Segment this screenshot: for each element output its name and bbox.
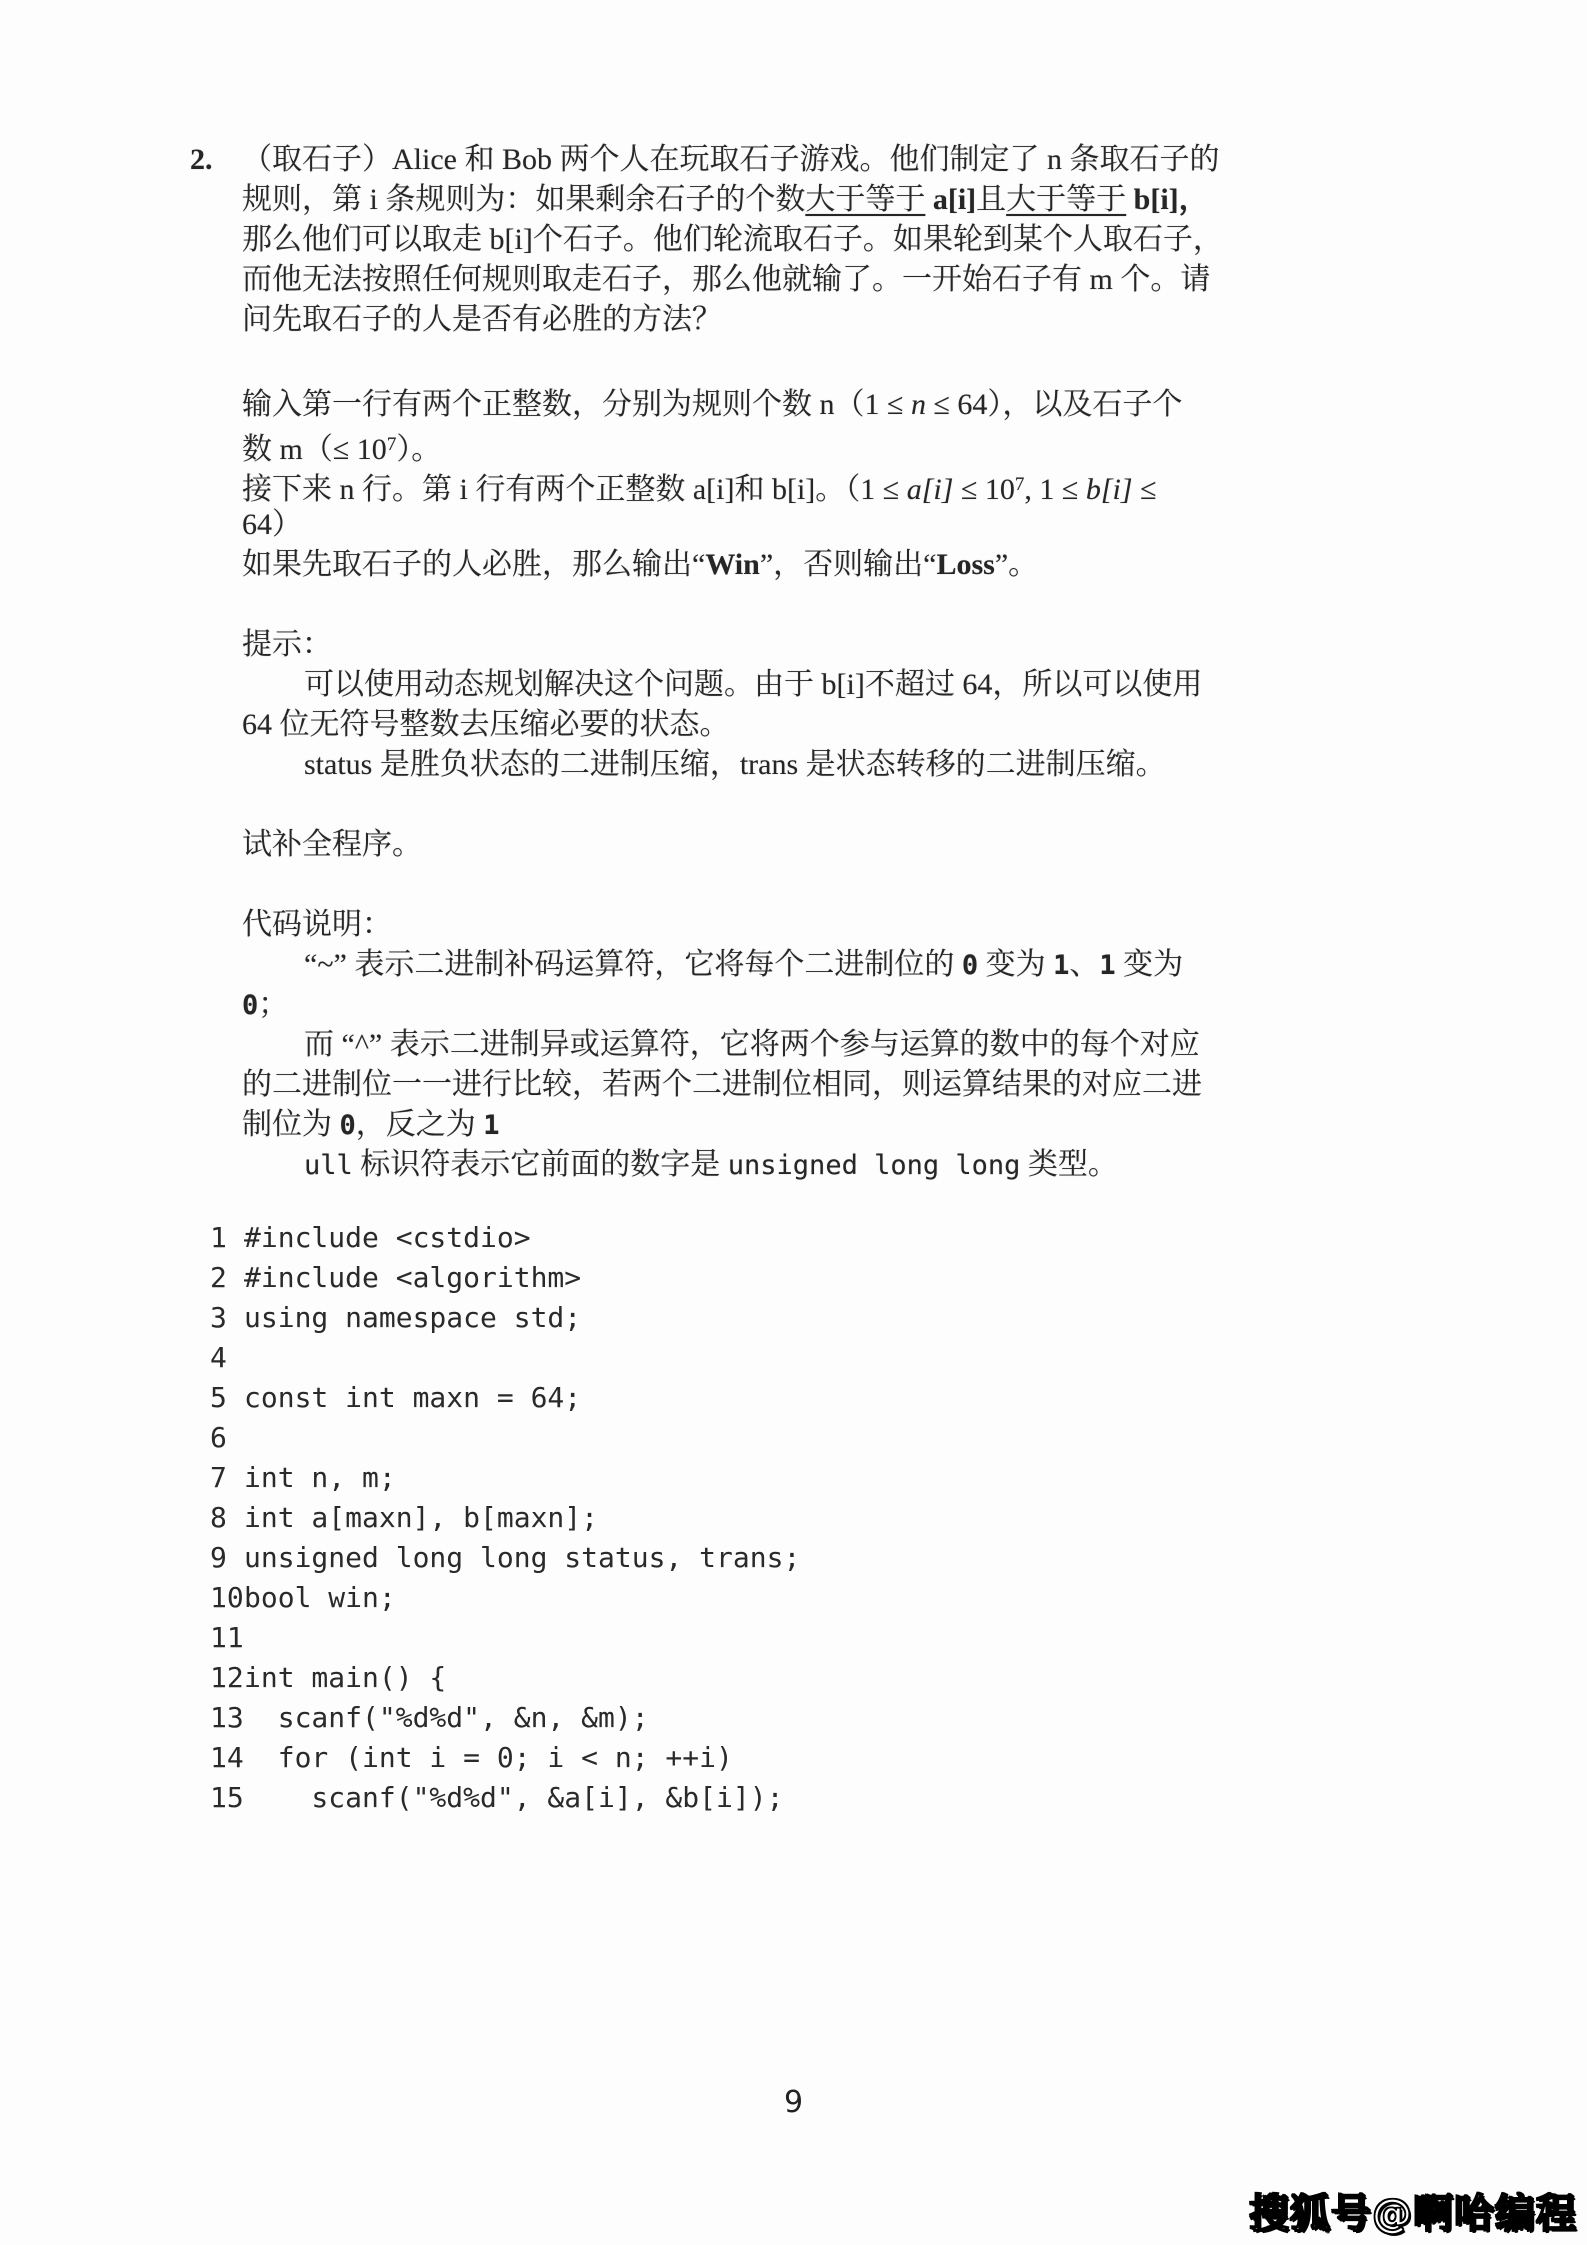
line-number: 3 xyxy=(210,1298,244,1338)
code-notes-line: 制位为 0，反之为 1 xyxy=(190,1105,1330,1145)
hint-line: 可以使用动态规划解决这个问题。由于 b[i]不超过 64，所以可以使用 xyxy=(190,665,1330,705)
task-section: 试补全程序。 xyxy=(190,825,1330,865)
io-line: 输入第一行有两个正整数，分别为规则个数 n（1 ≤ n ≤ 64），以及石子个 xyxy=(190,385,1330,425)
code-text: unsigned long long status, trans; xyxy=(244,1538,800,1578)
code-notes-line: 的二进制位一一进行比较，若两个二进制位相同，则运算结果的对应二进 xyxy=(190,1065,1330,1105)
line-number: 14 xyxy=(210,1738,244,1778)
code-line: 4 xyxy=(210,1338,1310,1378)
line-number: 2 xyxy=(210,1258,244,1298)
code-listing: 1#include <cstdio> 2#include <algorithm>… xyxy=(210,1218,1310,1818)
code-line: 7int n, m; xyxy=(210,1458,1310,1498)
code-line: 1#include <cstdio> xyxy=(210,1218,1310,1258)
code-token: 0 xyxy=(340,1110,356,1141)
hint-title: 提示： xyxy=(190,625,1330,665)
line-number: 10 xyxy=(210,1578,244,1618)
io-line: 接下来 n 行。第 i 行有两个正整数 a[i]和 b[i]。（1 ≤ a[i]… xyxy=(190,465,1330,505)
code-line: 5const int maxn = 64; xyxy=(210,1378,1310,1418)
text-run: 提示： xyxy=(242,628,332,661)
hint-section: 提示： 可以使用动态规划解决这个问题。由于 b[i]不超过 64，所以可以使用 … xyxy=(190,625,1330,785)
text-run: 输入第一行有两个正整数，分别为规则个数 n（1 ≤ xyxy=(242,388,911,421)
line-number: 8 xyxy=(210,1498,244,1538)
superscript: 7 xyxy=(387,434,397,455)
code-line: 3using namespace std; xyxy=(210,1298,1310,1338)
code-text: #include <cstdio> xyxy=(244,1218,531,1258)
text-run: 制位为 xyxy=(242,1108,340,1141)
code-token: unsigned long long xyxy=(728,1150,1021,1181)
statement-line: 问先取石子的人是否有必胜的方法？ xyxy=(190,300,1330,340)
underlined-run: 大于等于 xyxy=(805,183,925,216)
text-run: 问先取石子的人是否有必胜的方法？ xyxy=(242,303,722,336)
math-var: n xyxy=(911,388,926,421)
code-text: const int maxn = 64; xyxy=(244,1378,581,1418)
code-text: scanf("%d%d", &a[i], &b[i]); xyxy=(244,1778,783,1818)
text-run: 的二进制位一一进行比较，若两个二进制位相同，则运算结果的对应二进 xyxy=(242,1068,1202,1101)
code-line: 2#include <algorithm> xyxy=(210,1258,1310,1298)
text-run: , 1 ≤ xyxy=(1024,473,1085,506)
code-text: bool win; xyxy=(244,1578,396,1618)
statement-line: （取石子）Alice 和 Bob 两个人在玩取石子游戏。他们制定了 n 条取石子… xyxy=(190,140,1330,180)
text-run: （取石子）Alice 和 Bob 两个人在玩取石子游戏。他们制定了 n 条取石子… xyxy=(242,143,1219,176)
code-token: 0 xyxy=(962,950,978,981)
line-number: 6 xyxy=(210,1418,244,1458)
hint-line: status 是胜负状态的二进制压缩，trans 是状态转移的二进制压缩。 xyxy=(190,745,1330,785)
math-var: b[i] xyxy=(1086,473,1133,506)
text-run: ≤ 64），以及石子个 xyxy=(926,388,1182,421)
bold-run: a[i] xyxy=(925,183,976,216)
math-var: a[i] xyxy=(907,473,954,506)
text-run: 数 m（≤ 10 xyxy=(242,433,387,466)
text-run: 试补全程序。 xyxy=(242,828,422,861)
problem-number: 2. xyxy=(190,140,213,180)
io-spec: 输入第一行有两个正整数，分别为规则个数 n（1 ≤ n ≤ 64），以及石子个 … xyxy=(190,385,1330,585)
code-line: 11 xyxy=(210,1618,1310,1658)
text-run: 类型。 xyxy=(1020,1148,1118,1181)
code-text: using namespace std; xyxy=(244,1298,581,1338)
code-notes-section: 代码说明： “~” 表示二进制补码运算符，它将每个二进制位的 0 变为 1、1 … xyxy=(190,905,1330,1185)
text-run: ）。 xyxy=(396,433,441,466)
text-run: 可以使用动态规划解决这个问题。由于 b[i]不超过 64，所以可以使用 xyxy=(304,668,1202,701)
code-notes-line: 而 “^” 表示二进制异或运算符，它将两个参与运算的数中的每个对应 xyxy=(190,1025,1330,1065)
watermark: 搜狐号@啊哈编程 xyxy=(1249,2182,1577,2239)
code-text: scanf("%d%d", &n, &m); xyxy=(244,1698,649,1738)
text-run: 如果先取石子的人必胜，那么输出“ xyxy=(242,548,705,581)
code-token: ull xyxy=(304,1150,353,1181)
line-number: 13 xyxy=(210,1698,244,1738)
io-line: 如果先取石子的人必胜，那么输出“Win”，否则输出“Loss”。 xyxy=(190,545,1330,585)
line-number: 11 xyxy=(210,1618,244,1658)
code-token: 1 xyxy=(483,1110,499,1141)
bold-run: b[i]， xyxy=(1126,183,1209,216)
superscript: 7 xyxy=(1015,474,1025,495)
code-notes-line: “~” 表示二进制补码运算符，它将每个二进制位的 0 变为 1、1 变为 xyxy=(190,945,1330,985)
code-line: 12int main() { xyxy=(210,1658,1310,1698)
text-run: 、 xyxy=(1069,948,1099,981)
text-run: ≤ 10 xyxy=(953,473,1014,506)
page-number: 9 xyxy=(0,2085,1587,2120)
code-line: 14 for (int i = 0; i < n; ++i) xyxy=(210,1738,1310,1778)
io-line: 数 m（≤ 107）。 xyxy=(190,425,1330,465)
io-line: 64） xyxy=(190,505,1330,545)
text-run: “~” 表示二进制补码运算符，它将每个二进制位的 xyxy=(304,948,962,981)
code-token: 1 xyxy=(1099,950,1115,981)
text-run: 64） xyxy=(242,508,302,541)
text-run: ”，否则输出“ xyxy=(760,548,937,581)
text-run: ，反之为 xyxy=(356,1108,484,1141)
statement-line: 而他无法按照任何规则取走石子，那么他就输了。一开始石子有 m 个。请 xyxy=(190,260,1330,300)
code-text: #include <algorithm> xyxy=(244,1258,581,1298)
code-line: 9unsigned long long status, trans; xyxy=(210,1538,1310,1578)
code-notes-line: ull 标识符表示它前面的数字是 unsigned long long 类型。 xyxy=(190,1145,1330,1185)
text-run: 代码说明： xyxy=(242,908,392,941)
document-page: 2. （取石子）Alice 和 Bob 两个人在玩取石子游戏。他们制定了 n 条… xyxy=(0,0,1587,2245)
code-text: int a[maxn], b[maxn]; xyxy=(244,1498,598,1538)
text-run: ≤ xyxy=(1133,473,1157,506)
code-token: 1 xyxy=(1053,950,1069,981)
code-text: int main() { xyxy=(244,1658,446,1698)
code-line: 15 scanf("%d%d", &a[i], &b[i]); xyxy=(210,1778,1310,1818)
task-line: 试补全程序。 xyxy=(190,825,1330,865)
text-run: 且 xyxy=(976,183,1006,216)
statement-line: 那么他们可以取走 b[i]个石子。他们轮流取石子。如果轮到某个人取石子， xyxy=(190,220,1330,260)
hint-line: 64 位无符号整数去压缩必要的状态。 xyxy=(190,705,1330,745)
code-token: 0 xyxy=(242,990,258,1021)
line-number: 15 xyxy=(210,1778,244,1818)
text-run: 变为 xyxy=(978,948,1053,981)
line-number: 1 xyxy=(210,1218,244,1258)
text-run: ”。 xyxy=(995,548,1038,581)
text-run: 变为 xyxy=(1116,948,1184,981)
text-run: 而 “^” 表示二进制异或运算符，它将两个参与运算的数中的每个对应 xyxy=(304,1028,1200,1061)
line-number: 12 xyxy=(210,1658,244,1698)
line-number: 5 xyxy=(210,1378,244,1418)
code-line: 6 xyxy=(210,1418,1310,1458)
text-run: 而他无法按照任何规则取走石子，那么他就输了。一开始石子有 m 个。请 xyxy=(242,263,1210,296)
line-number: 7 xyxy=(210,1458,244,1498)
line-number: 4 xyxy=(210,1338,244,1378)
text-run: 64 位无符号整数去压缩必要的状态。 xyxy=(242,708,730,741)
text-run: ； xyxy=(258,988,288,1021)
code-notes-title: 代码说明： xyxy=(190,905,1330,945)
code-line: 8int a[maxn], b[maxn]; xyxy=(210,1498,1310,1538)
code-line: 10bool win; xyxy=(210,1578,1310,1618)
text-run: 标识符表示它前面的数字是 xyxy=(353,1148,728,1181)
code-text: for (int i = 0; i < n; ++i) xyxy=(244,1738,733,1778)
output-loss-label: Loss xyxy=(936,548,994,581)
problem-statement: 2. （取石子）Alice 和 Bob 两个人在玩取石子游戏。他们制定了 n 条… xyxy=(190,140,1330,340)
code-notes-line: 0； xyxy=(190,985,1330,1025)
code-line: 13 scanf("%d%d", &n, &m); xyxy=(210,1698,1310,1738)
text-run: 规则，第 i 条规则为：如果剩余石子的个数 xyxy=(242,183,805,216)
statement-line: 规则，第 i 条规则为：如果剩余石子的个数大于等于 a[i]且大于等于 b[i]… xyxy=(190,180,1330,220)
output-win-label: Win xyxy=(705,548,759,581)
line-number: 9 xyxy=(210,1538,244,1578)
text-run: status 是胜负状态的二进制压缩，trans 是状态转移的二进制压缩。 xyxy=(304,748,1166,781)
code-text: int n, m; xyxy=(244,1458,396,1498)
text-run: 接下来 n 行。第 i 行有两个正整数 a[i]和 b[i]。（1 ≤ xyxy=(242,473,907,506)
text-run: 那么他们可以取走 b[i]个石子。他们轮流取石子。如果轮到某个人取石子， xyxy=(242,223,1223,256)
underlined-run: 大于等于 xyxy=(1006,183,1126,216)
